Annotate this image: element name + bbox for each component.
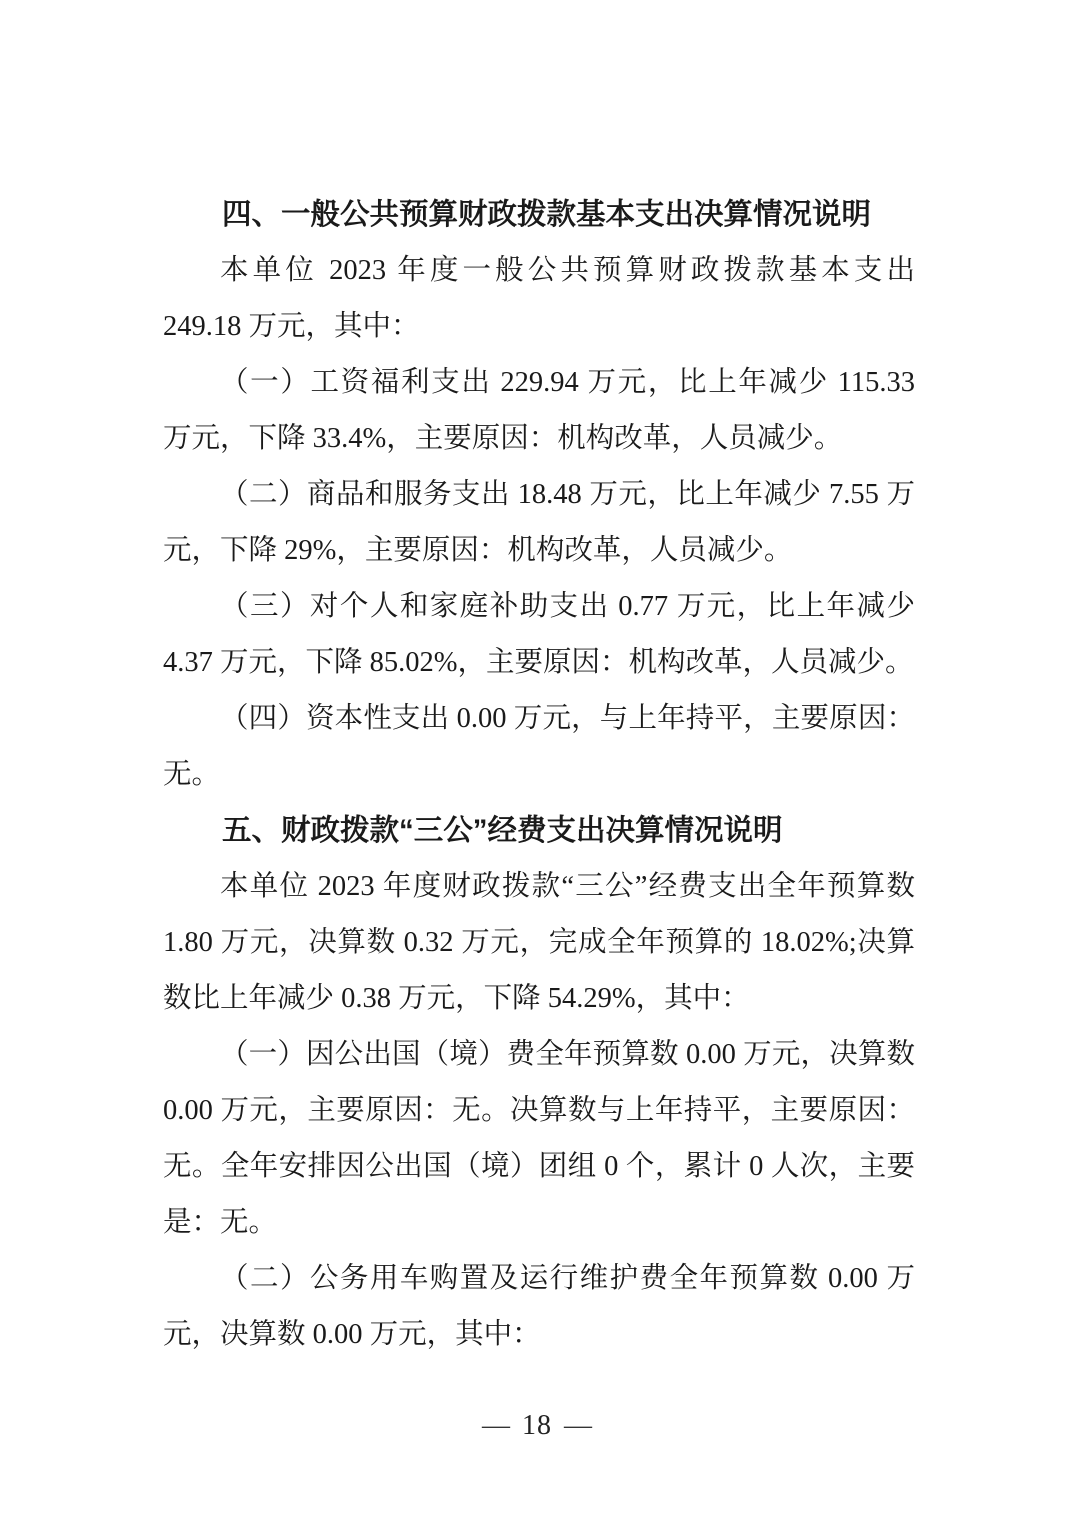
document-page: 四、一般公共预算财政拨款基本支出决算情况说明 本单位 2023 年度一般公共预算…	[0, 0, 1074, 1520]
page-footer: —18—	[0, 1410, 1074, 1442]
para-capital-expense: （四）资本性支出 0.00 万元，与上年持平，主要原因：无。	[163, 691, 915, 803]
para-section-4-intro: 本单位 2023 年度一般公共预算财政拨款基本支出 249.18 万元，其中：	[163, 243, 915, 355]
document-content: 四、一般公共预算财政拨款基本支出决算情况说明 本单位 2023 年度一般公共预算…	[163, 187, 915, 1363]
para-family-subsidy-expense: （三）对个人和家庭补助支出 0.77 万元，比上年减少 4.37 万元，下降 8…	[163, 579, 915, 691]
para-section-5-intro: 本单位 2023 年度财政拨款“三公”经费支出全年预算数 1.80 万元，决算数…	[163, 859, 915, 1027]
para-overseas-travel-expense: （一）因公出国（境）费全年预算数 0.00 万元，决算数 0.00 万元，主要原…	[163, 1027, 915, 1251]
para-wage-welfare-expense: （一）工资福利支出 229.94 万元，比上年减少 115.33 万元，下降 3…	[163, 355, 915, 467]
para-official-vehicle-expense: （二）公务用车购置及运行维护费全年预算数 0.00 万元，决算数 0.00 万元…	[163, 1251, 915, 1363]
heading-section-5: 五、财政拨款“三公”经费支出决算情况说明	[163, 803, 915, 859]
page-number: 18	[522, 1410, 552, 1442]
para-goods-services-expense: （二）商品和服务支出 18.48 万元，比上年减少 7.55 万元，下降 29%…	[163, 467, 915, 579]
footer-dash-right: —	[564, 1410, 592, 1442]
footer-dash-left: —	[482, 1410, 510, 1442]
heading-section-4: 四、一般公共预算财政拨款基本支出决算情况说明	[163, 187, 915, 243]
